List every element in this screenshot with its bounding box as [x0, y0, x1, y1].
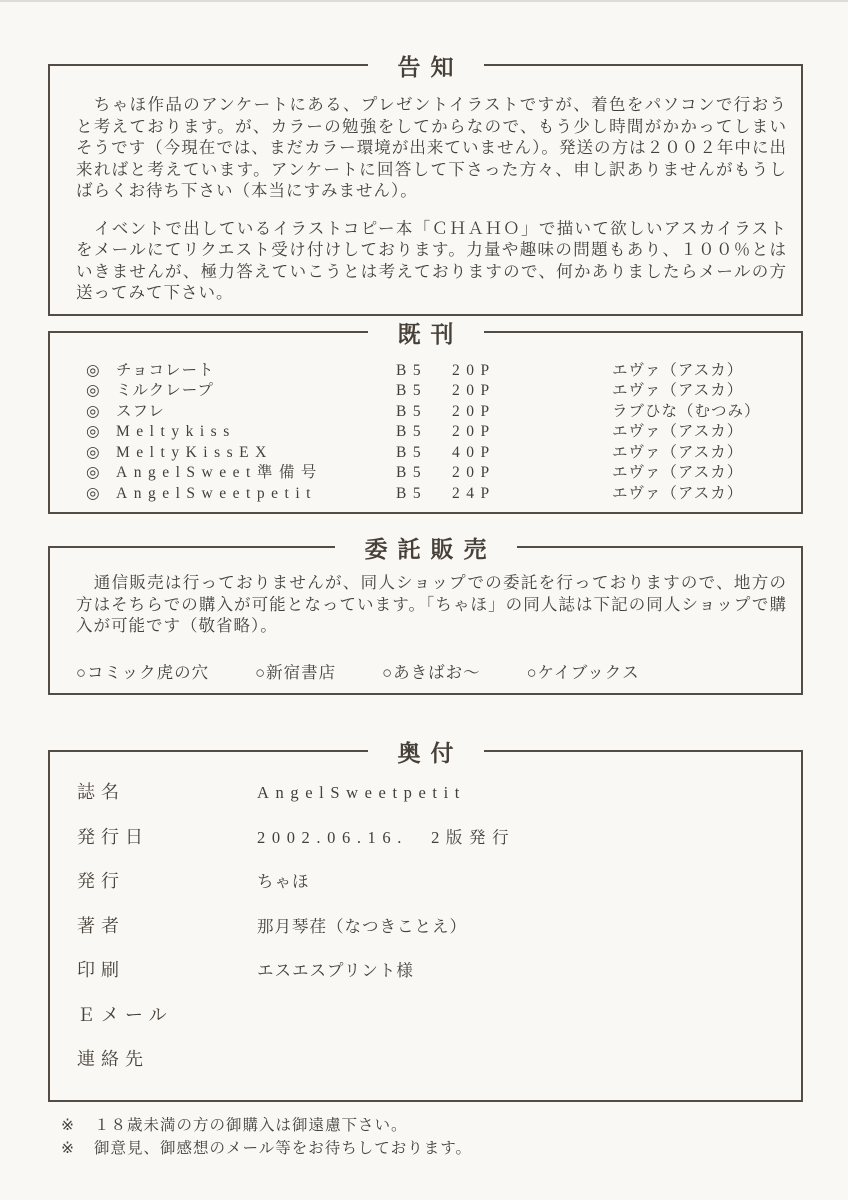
catalog-book-series: エヴァ（アスカ）: [612, 484, 791, 505]
consignment-section: 委託販売 通信販売は行っておりませんが、同人ショップでの委託を行っておりますので…: [48, 546, 803, 695]
colophon-label-title: 誌名: [77, 778, 257, 804]
catalog-bullet-icon: ◎: [86, 381, 116, 402]
colophon-row: 発行日 2002.06.16. 2版発行: [77, 823, 787, 849]
shop-list: ○コミック虎の穴 ○新宿書店 ○あきばお～ ○ケイブックス: [76, 659, 787, 683]
shop-item: ○あきばお～: [382, 659, 480, 683]
colophon-value-publish-date: 2002.06.16. 2版発行: [257, 824, 515, 848]
footnote-text: 御意見、御感想のメール等をお待ちしております。: [94, 1137, 472, 1160]
catalog-row: ◎ チョコレート B5 20P エヴァ（アスカ）: [86, 361, 791, 382]
catalog-book-size: B5: [396, 443, 452, 464]
colophon-label-email: Ｅメール: [77, 1001, 257, 1027]
catalog-book-title: AngelSweet準備号: [116, 463, 396, 484]
shop-item: ○コミック虎の穴: [76, 659, 209, 683]
colophon-value-printer: エスエスプリント様: [257, 957, 414, 981]
footnote-row: ※ 御意見、御感想のメール等をお待ちしております。: [61, 1137, 803, 1160]
catalog-book-title: Meltykiss: [116, 422, 396, 443]
catalog-book-size: B5: [396, 402, 452, 423]
colophon-value-title: AngelSweetpetit: [257, 783, 466, 803]
catalog-book-series: エヴァ（アスカ）: [612, 381, 791, 402]
catalog-book-size: B5: [396, 381, 452, 402]
footnote-text: １８歳未満の方の御購入は御遠慮下さい。: [94, 1114, 408, 1137]
reference-mark-icon: ※: [61, 1137, 94, 1160]
colophon-row: 印刷 エスエスプリント様: [77, 956, 787, 982]
catalog-row: ◎ AngelSweetpetit B5 24P エヴァ（アスカ）: [86, 484, 791, 505]
catalog-bullet-icon: ◎: [86, 361, 116, 382]
catalog-book-pages: 20P: [452, 381, 612, 402]
catalog-book-title: AngelSweetpetit: [116, 484, 396, 505]
colophon-label-author: 著者: [77, 912, 257, 938]
colophon-row: 連絡先: [77, 1045, 787, 1071]
catalog-bullet-icon: ◎: [86, 443, 116, 464]
catalog-book-title: ミルクレープ: [116, 381, 396, 402]
back-catalog-section: 既刊 ◎ チョコレート B5 20P エヴァ（アスカ） ◎ ミルクレープ B5 …: [48, 331, 803, 515]
notice-paragraph-2: イベントで出しているイラストコピー本「ＣＨＡＨＯ」で描いて欲しいアスカイラストを…: [76, 218, 787, 304]
consignment-paragraph: 通信販売は行っておりませんが、同人ショップでの委託を行っておりますので、地方の方…: [76, 572, 787, 637]
footnote-row: ※ １８歳未満の方の御購入は御遠慮下さい。: [61, 1114, 803, 1137]
shop-item: ○ケイブックス: [527, 659, 640, 683]
catalog-row: ◎ ミルクレープ B5 20P エヴァ（アスカ）: [86, 381, 791, 402]
shop-item: ○新宿書店: [255, 659, 336, 683]
catalog-bullet-icon: ◎: [86, 463, 116, 484]
colophon-section: 奥付 誌名 AngelSweetpetit 発行日 2002.06.16. 2版…: [48, 750, 803, 1102]
catalog-book-title: チョコレート: [116, 361, 396, 382]
catalog-row: ◎ MeltyKissEX B5 40P エヴァ（アスカ）: [86, 443, 791, 464]
reference-mark-icon: ※: [61, 1114, 94, 1137]
back-catalog-section-title: 既刊: [368, 316, 484, 349]
colophon-row: 著者 那月琴荏（なつきことえ）: [77, 912, 787, 938]
colophon-value-author: 那月琴荏（なつきことえ）: [257, 913, 467, 937]
colophon-label-publish-date: 発行日: [77, 823, 257, 849]
colophon-row: Ｅメール: [77, 1001, 787, 1027]
catalog-book-series: エヴァ（アスカ）: [612, 422, 791, 443]
colophon-label-contact: 連絡先: [77, 1045, 257, 1071]
catalog-book-pages: 20P: [452, 361, 612, 382]
catalog-row: ◎ AngelSweet準備号 B5 20P エヴァ（アスカ）: [86, 463, 791, 484]
colophon-section-title: 奥付: [368, 735, 484, 768]
colophon-label-printer: 印刷: [77, 956, 257, 982]
catalog-book-series: エヴァ（アスカ）: [612, 463, 791, 484]
catalog-book-title: スフレ: [116, 402, 396, 423]
colophon-row: 誌名 AngelSweetpetit: [77, 778, 787, 804]
catalog-book-size: B5: [396, 484, 452, 505]
catalog-book-series: エヴァ（アスカ）: [612, 361, 791, 382]
footnotes: ※ １８歳未満の方の御購入は御遠慮下さい。 ※ 御意見、御感想のメール等をお待ち…: [48, 1114, 803, 1160]
catalog-bullet-icon: ◎: [86, 484, 116, 505]
catalog-book-series: エヴァ（アスカ）: [612, 443, 791, 464]
catalog-book-pages: 24P: [452, 484, 612, 505]
catalog-bullet-icon: ◎: [86, 402, 116, 423]
catalog-book-pages: 20P: [452, 402, 612, 423]
catalog-book-title: MeltyKissEX: [116, 443, 396, 464]
colophon-row: 発行 ちゃほ: [77, 867, 787, 893]
catalog-book-size: B5: [396, 361, 452, 382]
catalog-book-series: ラブひな（むつみ）: [612, 402, 791, 423]
catalog-book-pages: 40P: [452, 443, 612, 464]
catalog-book-pages: 20P: [452, 422, 612, 443]
catalog-book-size: B5: [396, 463, 452, 484]
catalog-book-size: B5: [396, 422, 452, 443]
colophon-label-publisher: 発行: [77, 867, 257, 893]
colophon-value-publisher: ちゃほ: [257, 868, 310, 892]
consignment-section-title: 委託販売: [335, 531, 517, 564]
catalog-row: ◎ Meltykiss B5 20P エヴァ（アスカ）: [86, 422, 791, 443]
catalog-book-pages: 20P: [452, 463, 612, 484]
notice-section-title: 告知: [368, 49, 484, 82]
notice-paragraph-1: ちゃほ作品のアンケートにある、プレゼントイラストですが、着色をパソコンで行おうと…: [76, 94, 787, 202]
catalog-row: ◎ スフレ B5 20P ラブひな（むつみ）: [86, 402, 791, 423]
scanned-doujinshi-colophon-page: 告知 ちゃほ作品のアンケートにある、プレゼントイラストですが、着色をパソコンで行…: [0, 2, 848, 1200]
notice-section: 告知 ちゃほ作品のアンケートにある、プレゼントイラストですが、着色をパソコンで行…: [48, 64, 803, 316]
catalog-bullet-icon: ◎: [86, 422, 116, 443]
